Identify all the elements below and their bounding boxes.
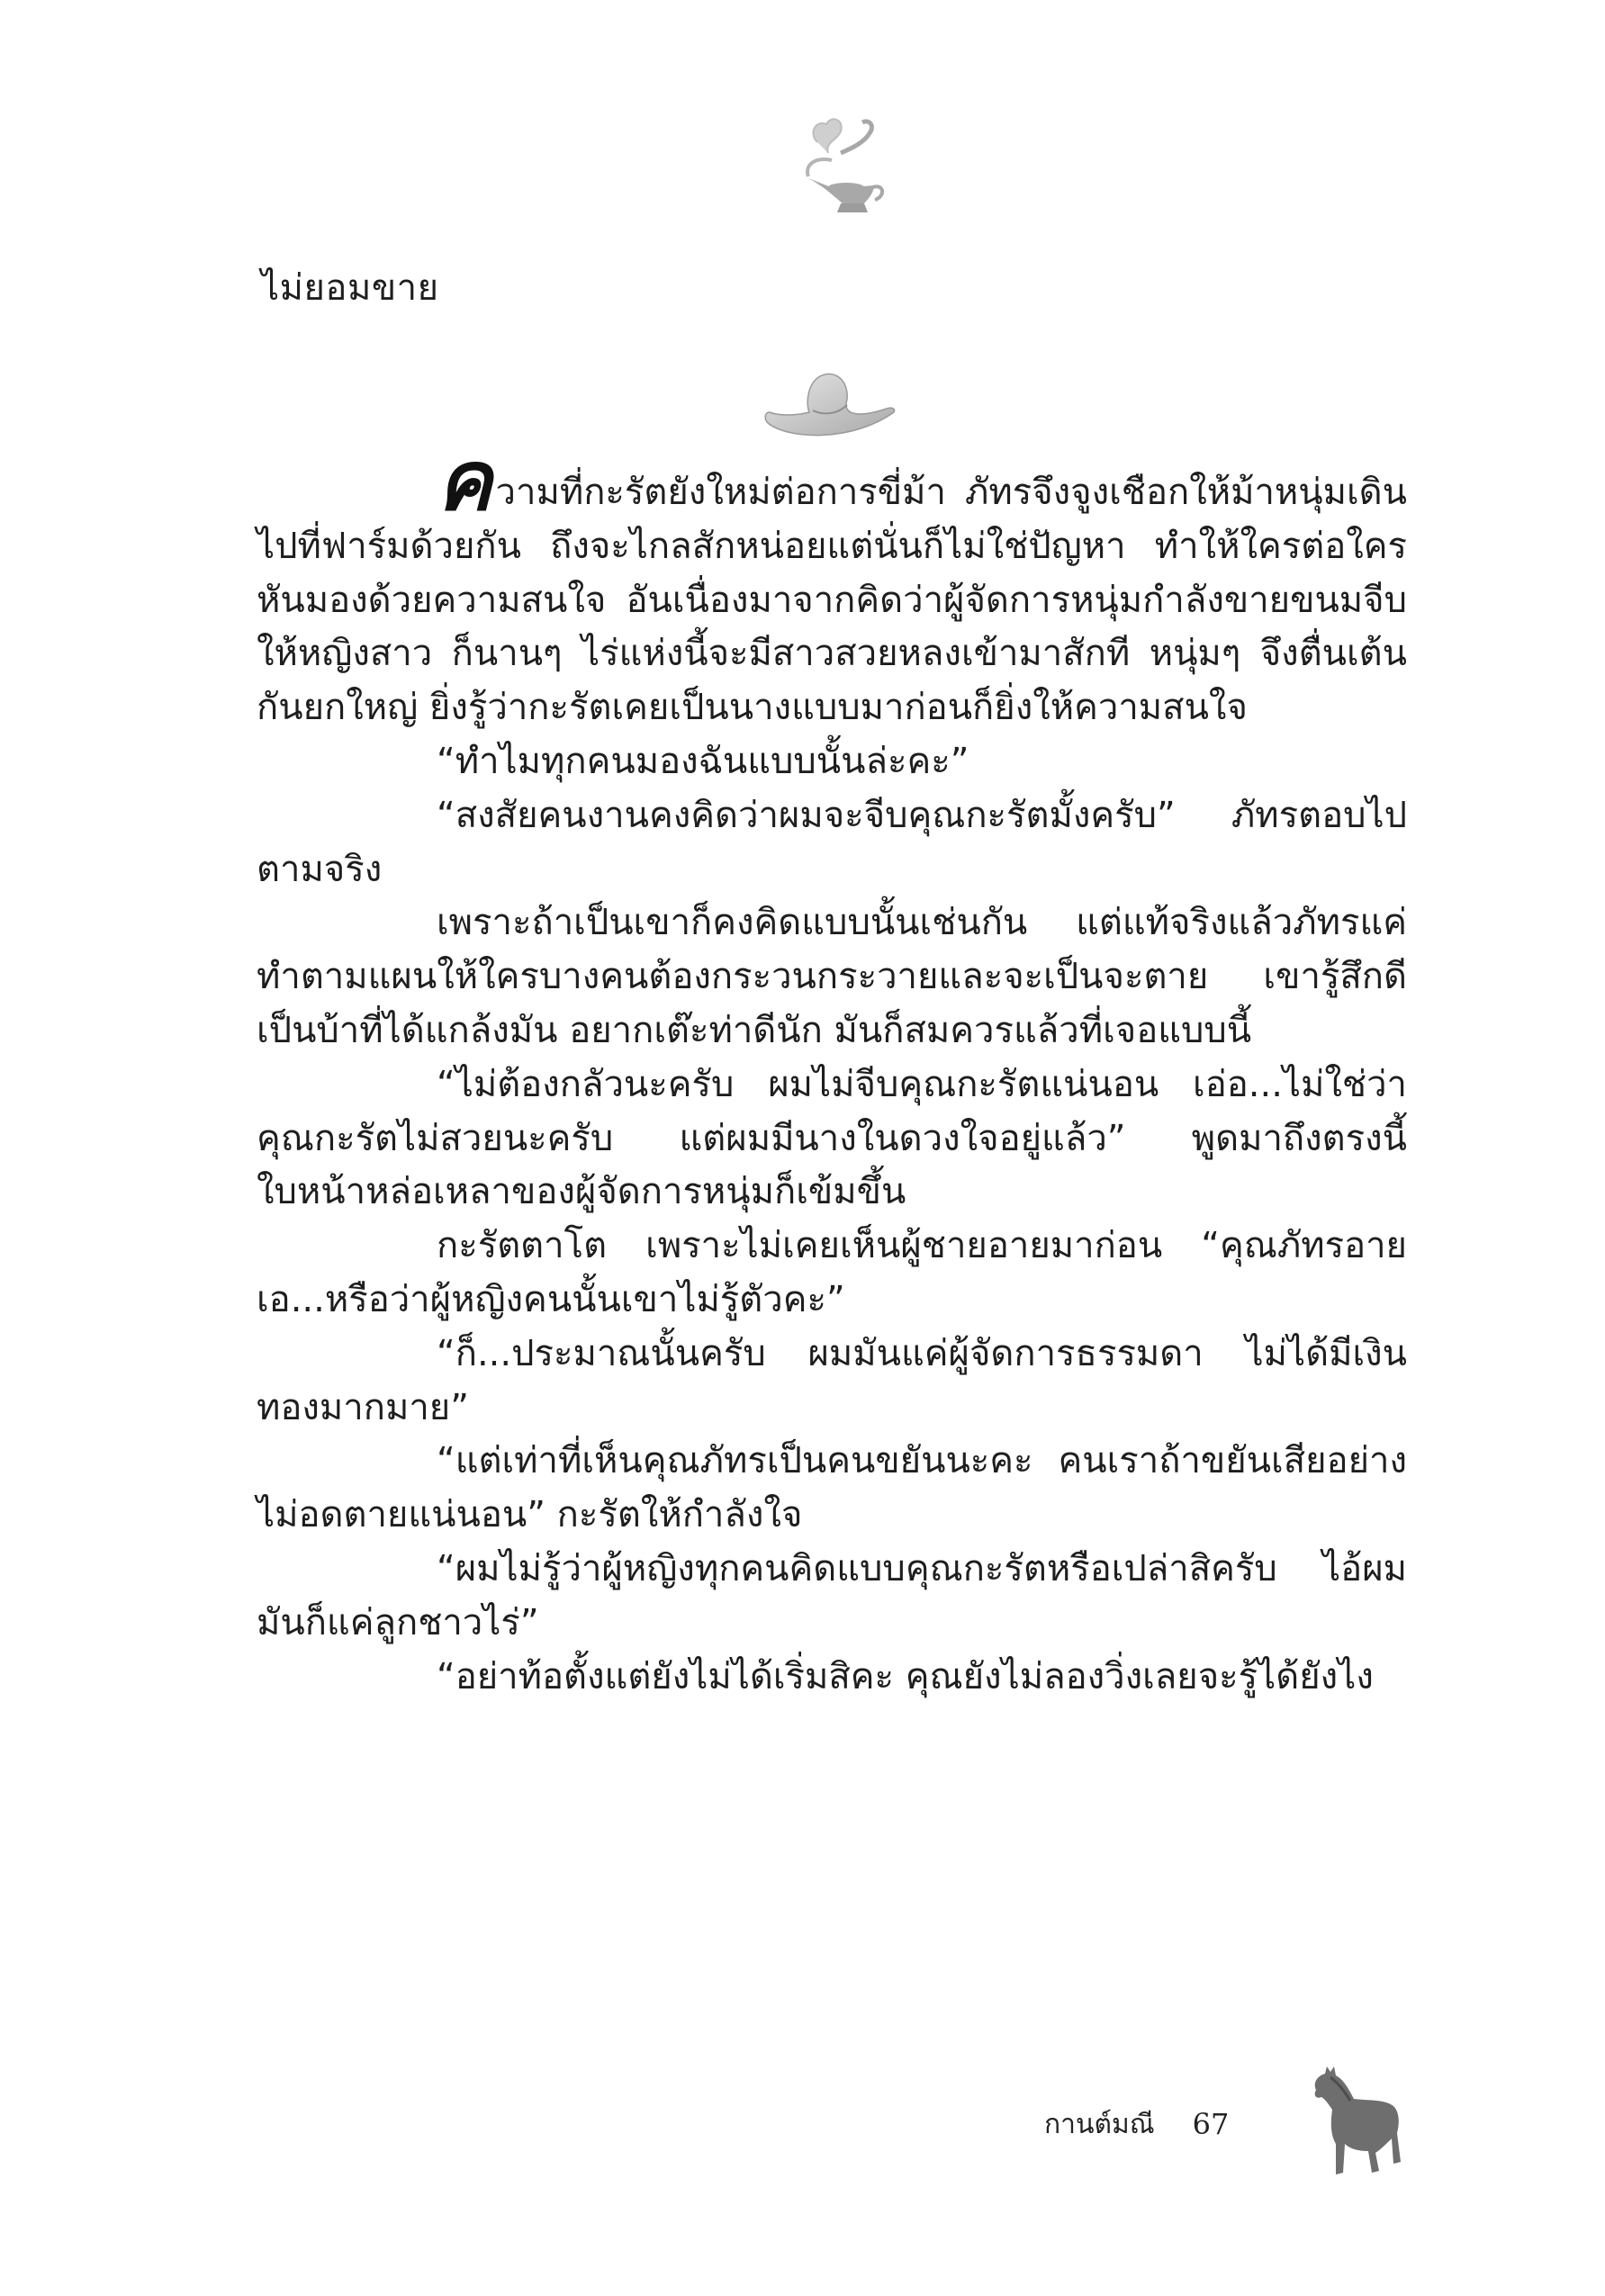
page-footer: กานต์มณี 67 [1044,2097,1229,2151]
drop-cap: ค [437,455,492,509]
paragraph-text: วามที่กะรัตยังใหม่ต่อการขี่ม้า ภัทรจึงจู… [257,472,1407,728]
book-page: ไม่ยอมขาย ความที่กะรัตยังใหม่ต่อการขี่ม้… [0,0,1605,2296]
previous-section-end-text: ไม่ยอมขาย [261,261,439,315]
dialogue-paragraph: “ทำไมทุกคนมองฉันแบบนั้นล่ะคะ” [257,735,1407,789]
paragraph-opening: ความที่กะรัตยังใหม่ต่อการขี่ม้า ภัทรจึงจ… [257,455,1407,735]
narrative-paragraph: เพราะถ้าเป็นเขาก็คงคิดแบบนั้นเช่นกัน แต่… [257,896,1407,1058]
dialogue-paragraph: “แต่เท่าที่เห็นคุณภัทรเป็นคนขยันนะคะ คนเ… [257,1435,1407,1543]
cowboy-hat-icon [761,353,905,452]
dialogue-paragraph: “ไม่ต้องกลัวนะครับ ผมไม่จีบคุณกะรัตแน่นอ… [257,1058,1407,1220]
page-number: 67 [1193,2107,1230,2141]
magic-lamp-icon [781,106,889,223]
horse-icon [1303,2063,1402,2180]
dialogue-paragraph: “อย่าท้อตั้งแต่ยังไม่ได้เริ่มสิคะ คุณยัง… [257,1651,1407,1705]
dialogue-paragraph: “ผมไม่รู้ว่าผู้หญิงทุกคนคิดแบบคุณกะรัตหร… [257,1543,1407,1651]
narrative-paragraph: กะรัตตาโต เพราะไม่เคยเห็นผู้ชายอายมาก่อน… [257,1220,1407,1328]
dialogue-paragraph: “ก็...ประมาณนั้นครับ ผมมันแค่ผู้จัดการธร… [257,1328,1407,1436]
dialogue-paragraph: “สงสัยคนงานคงคิดว่าผมจะจีบคุณกะรัตมั้งคร… [257,789,1407,897]
footer-author: กานต์มณี [1044,2103,1155,2146]
chapter-body: ความที่กะรัตยังใหม่ต่อการขี่ม้า ภัทรจึงจ… [257,455,1407,1704]
